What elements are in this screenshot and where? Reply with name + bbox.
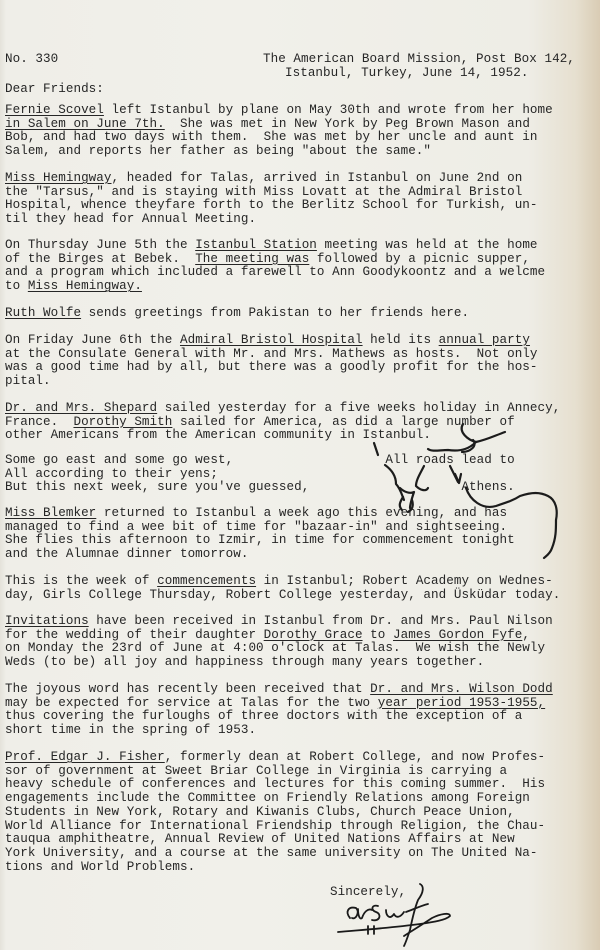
underlined-text: Ruth Wolfe <box>5 306 81 320</box>
paragraph-blemker-line: She flies this afternoon to Izmir, in ti… <box>5 533 515 547</box>
paragraph-wedding-line: for the wedding of their daughter Doroth… <box>5 628 530 642</box>
underlined-text: The meeting was <box>195 252 309 266</box>
underlined-text: Prof. Edgar J. Fisher <box>5 750 165 764</box>
paragraph-station-meeting-line: to Miss Hemingway. <box>5 279 142 293</box>
text-segment: til they head for Annual Meeting. <box>5 212 256 226</box>
paragraph-station-meeting-line: and a program which included a farewell … <box>5 265 545 279</box>
paragraph-dodd-line: thus covering the furloughs of three doc… <box>5 709 522 723</box>
paragraph-hospital-party-line: at the Consulate General with Mr. and Mr… <box>5 347 538 361</box>
text-segment: World Alliance for International Friends… <box>5 819 545 833</box>
paragraph-fisher-line: sor of government at Sweet Briar College… <box>5 764 507 778</box>
text-segment: She flies this afternoon to Izmir, in ti… <box>5 533 515 547</box>
text-segment: tauqua amphitheatre, Annual Review of Un… <box>5 832 515 846</box>
paragraph-hemingway-line: til they head for Annual Meeting. <box>5 212 256 226</box>
paragraph-scovel-line: Bob, and had two days with them. She was… <box>5 130 538 144</box>
paragraph-shepard-line: Dr. and Mrs. Shepard sailed yesterday fo… <box>5 401 560 415</box>
underlined-text: commencements <box>157 574 256 588</box>
text-segment: Salem, and reports her father as being "… <box>5 144 431 158</box>
text-segment: was a good time had by all, but there wa… <box>5 360 538 374</box>
text-segment: held its <box>363 333 439 347</box>
underlined-text: year period 1953-1955, <box>378 696 545 710</box>
paragraph-fisher-line: heavy schedule of conferences and lectur… <box>5 777 545 791</box>
paragraph-commencements-line: This is the week of commencements in Ist… <box>5 574 553 588</box>
paragraph-hemingway-line: Hospital, whence theyfare forth to the B… <box>5 198 538 212</box>
text-segment: meeting was held at the home <box>317 238 538 252</box>
closing: Sincerely, <box>330 885 406 899</box>
text-segment: may be expected for service at Talas for… <box>5 696 378 710</box>
text-segment: This is the week of <box>5 574 157 588</box>
underlined-text: Dorothy Grace <box>264 628 363 642</box>
underlined-text: Miss Hemingway. <box>28 279 142 293</box>
text-segment: left Istanbul by plane on May 30th and w… <box>104 103 553 117</box>
paragraph-blemker-line: managed to find a wee bit of time for "b… <box>5 520 507 534</box>
paragraph-fisher-line: Prof. Edgar J. Fisher, formerly dean at … <box>5 750 545 764</box>
paragraph-wedding-line: on Monday the 23rd of June at 4:00 o'clo… <box>5 641 545 655</box>
text-segment: have been received in Istanbul from Dr. … <box>89 614 553 628</box>
underlined-text: Admiral Bristol Hospital <box>180 333 363 347</box>
paragraph-blemker-line: and the Alumnae dinner tomorrow. <box>5 547 248 561</box>
underlined-text: Fernie Scovel <box>5 103 104 117</box>
paragraph-shepard-line: France. Dorothy Smith sailed for America… <box>5 415 515 429</box>
paragraph-dodd-line: short time in the spring of 1953. <box>5 723 256 737</box>
underlined-text: in Salem on June 7th. <box>5 117 165 131</box>
text-segment: tions and World Problems. <box>5 860 195 874</box>
text-segment: , <box>522 628 530 642</box>
paragraph-blemker-line: Miss Blemker returned to Istanbul a week… <box>5 506 507 520</box>
paragraph-fisher-line: engagements include the Committee on Fri… <box>5 791 530 805</box>
underlined-text: Miss Hemingway <box>5 171 112 185</box>
text-segment: Bob, and had two days with them. She was… <box>5 130 538 144</box>
text-segment: on Monday the 23rd of June at 4:00 o'clo… <box>5 641 545 655</box>
text-segment: But this next week, sure you've guessed,… <box>5 480 515 494</box>
text-segment: Students in New York, Rotary and Kiwanis… <box>5 805 515 819</box>
address-line-1: The American Board Mission, Post Box 142… <box>263 52 575 66</box>
text-segment: in Istanbul; Robert Academy on Wednes- <box>256 574 553 588</box>
salutation: Dear Friends: <box>5 82 104 96</box>
text-segment: pital. <box>5 374 51 388</box>
paragraph-fisher-line: tauqua amphitheatre, Annual Review of Un… <box>5 832 515 846</box>
text-segment: sends greetings from Pakistan to her fri… <box>81 306 469 320</box>
text-segment: She was met in New York by Peg Brown Mas… <box>165 117 530 131</box>
paragraph-hemingway-line: Miss Hemingway, headed for Talas, arrive… <box>5 171 522 185</box>
underlined-text: Dorothy Smith <box>73 415 172 429</box>
underlined-text: James Gordon Fyfe <box>393 628 522 642</box>
text-segment: to <box>5 279 28 293</box>
text-segment: sailed yesterday for a five weeks holida… <box>157 401 560 415</box>
text-segment: heavy schedule of conferences and lectur… <box>5 777 545 791</box>
letter-number: No. 330 <box>5 52 58 66</box>
paragraph-fisher-line: tions and World Problems. <box>5 860 195 874</box>
text-segment: , headed for Talas, arrived in Istanbul … <box>112 171 523 185</box>
paragraph-hospital-party-line: On Friday June 6th the Admiral Bristol H… <box>5 333 530 347</box>
underlined-text: Invitations <box>5 614 89 628</box>
paragraph-dodd-line: may be expected for service at Talas for… <box>5 696 545 710</box>
paragraph-poem-line: All according to their yens; <box>5 467 218 481</box>
paragraph-wedding-line: Invitations have been received in Istanb… <box>5 614 553 628</box>
paragraph-hospital-party-line: pital. <box>5 374 51 388</box>
text-segment: engagements include the Committee on Fri… <box>5 791 530 805</box>
text-segment: and the Alumnae dinner tomorrow. <box>5 547 248 561</box>
paragraph-hemingway-line: the "Tarsus," and is staying with Miss L… <box>5 185 522 199</box>
paragraph-fisher-line: York University, and a course at the sam… <box>5 846 538 860</box>
paragraph-scovel-line: in Salem on June 7th. She was met in New… <box>5 117 530 131</box>
text-segment: On Friday June 6th the <box>5 333 180 347</box>
paragraph-fisher-line: Students in New York, Rotary and Kiwanis… <box>5 805 515 819</box>
text-segment: at the Consulate General with Mr. and Mr… <box>5 347 538 361</box>
text-segment: All according to their yens; <box>5 467 218 481</box>
text-segment: and a program which included a farewell … <box>5 265 545 279</box>
paragraph-dodd-line: The joyous word has recently been receiv… <box>5 682 553 696</box>
underlined-text: Istanbul Station <box>195 238 317 252</box>
paragraph-commencements-line: day, Girls College Thursday, Robert Coll… <box>5 588 560 602</box>
paragraph-hospital-party-line: was a good time had by all, but there wa… <box>5 360 538 374</box>
text-segment: for the wedding of their daughter <box>5 628 264 642</box>
paragraph-fisher-line: World Alliance for International Friends… <box>5 819 545 833</box>
text-segment: sor of government at Sweet Briar College… <box>5 764 507 778</box>
text-segment: , formerly dean at Robert College, and n… <box>165 750 545 764</box>
underlined-text: Miss Blemker <box>5 506 96 520</box>
text-segment: sailed for America, as did a large numbe… <box>172 415 514 429</box>
text-segment: the "Tarsus," and is staying with Miss L… <box>5 185 522 199</box>
text-segment: Weds (to be) all joy and happiness throu… <box>5 655 484 669</box>
text-segment: day, Girls College Thursday, Robert Coll… <box>5 588 560 602</box>
text-segment: York University, and a course at the sam… <box>5 846 538 860</box>
paragraph-wolfe-line: Ruth Wolfe sends greetings from Pakistan… <box>5 306 469 320</box>
paragraph-station-meeting-line: of the Birges at Bebek. The meeting was … <box>5 252 530 266</box>
text-segment: The joyous word has recently been receiv… <box>5 682 370 696</box>
text-segment: other Americans from the American commun… <box>5 428 431 442</box>
paragraph-poem-line: But this next week, sure you've guessed,… <box>5 480 515 494</box>
paragraph-poem-line: Some go east and some go west, All roads… <box>5 453 515 467</box>
text-segment: thus covering the furloughs of three doc… <box>5 709 522 723</box>
text-segment: followed by a picnic supper, <box>309 252 530 266</box>
address-line-2: Istanbul, Turkey, June 14, 1952. <box>285 66 528 80</box>
text-segment: France. <box>5 415 73 429</box>
paragraph-wedding-line: Weds (to be) all joy and happiness throu… <box>5 655 484 669</box>
text-segment: returned to Istanbul a week ago this eve… <box>96 506 507 520</box>
text-segment: to <box>363 628 393 642</box>
text-segment: managed to find a wee bit of time for "b… <box>5 520 507 534</box>
text-segment: On Thursday June 5th the <box>5 238 195 252</box>
text-segment: Some go east and some go west, All roads… <box>5 453 515 467</box>
paragraph-scovel-line: Fernie Scovel left Istanbul by plane on … <box>5 103 553 117</box>
text-segment: Hospital, whence theyfare forth to the B… <box>5 198 538 212</box>
underlined-text: Dr. and Mrs. Wilson Dodd <box>370 682 553 696</box>
letter-page: No. 330 The American Board Mission, Post… <box>0 0 600 950</box>
paragraph-scovel-line: Salem, and reports her father as being "… <box>5 144 431 158</box>
text-segment: short time in the spring of 1953. <box>5 723 256 737</box>
text-segment: of the Birges at Bebek. <box>5 252 195 266</box>
underlined-text: Dr. and Mrs. Shepard <box>5 401 157 415</box>
paragraph-station-meeting-line: On Thursday June 5th the Istanbul Statio… <box>5 238 538 252</box>
paragraph-shepard-line: other Americans from the American commun… <box>5 428 431 442</box>
underlined-text: annual party <box>439 333 530 347</box>
